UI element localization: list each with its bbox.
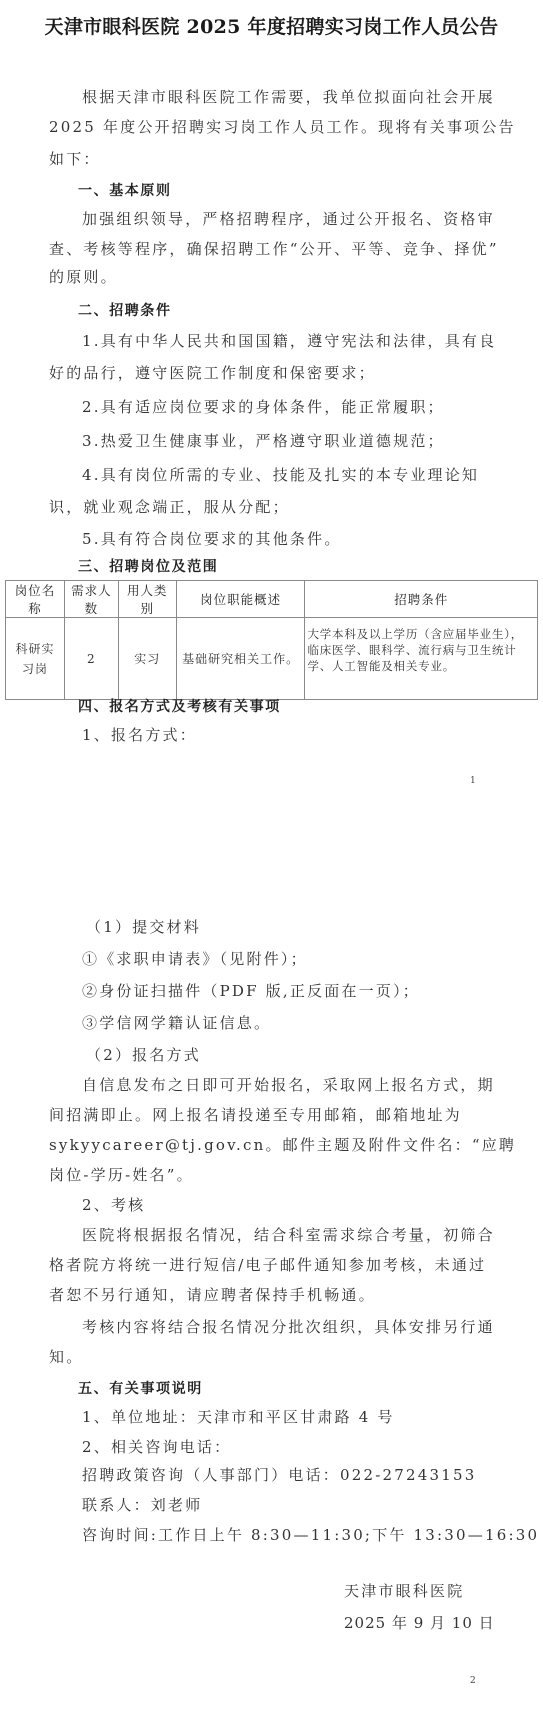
section-1-heading: 一、基本原则: [78, 180, 172, 200]
column-header-description: 岗位职能概述: [176, 581, 305, 618]
section-3-heading: 三、招聘岗位及范围: [78, 556, 218, 576]
contact-line: 联系人：刘老师: [82, 1494, 202, 1515]
assessment-line: 考核内容将结合报名情况分批次组织，具体安排另行通: [82, 1316, 495, 1337]
method-line: 间招满即止。网上报名请投递至专用邮箱，邮箱地址为: [49, 1104, 462, 1125]
address-line: 1、单位地址：天津市和平区甘肃路 4 号: [82, 1406, 395, 1427]
condition-item: 1.具有中华人民共和国国籍，遵守宪法和法律，具有良: [82, 330, 496, 351]
section-5-heading: 五、有关事项说明: [78, 1378, 203, 1398]
section-1-line: 查、考核等程序，确保招聘工作“公开、平等、竞争、择优”: [49, 238, 499, 259]
condition-item: 好的品行，遵守医院工作制度和保密要求；: [49, 362, 376, 383]
condition-item: 5.具有符合岗位要求的其他条件。: [82, 528, 342, 549]
page-number-2: 2: [470, 1676, 476, 1686]
method-line-email: sykyycareer@tj.gov.cn。邮件主题及附件文件名：“应聘: [49, 1134, 516, 1155]
cell-requirements: 大学本科及以上学历（含应届毕业生），临床医学、眼科学、流行病与卫生统计学、人工智…: [305, 618, 538, 700]
assessment-line: 者恕不另行通知，请应聘者保持手机畅通。: [49, 1284, 376, 1305]
assessment-heading: 2、考核: [82, 1194, 145, 1215]
column-header-position: 岗位名称: [6, 581, 65, 618]
assessment-line: 知。: [49, 1346, 83, 1367]
section-4-heading: 四、报名方式及考核有关事项: [78, 696, 281, 716]
page-number-1: 1: [470, 776, 476, 786]
material-item: ①《求职申请表》（见附件）；: [82, 948, 308, 969]
section-1-line: 加强组织领导，严格招聘程序，通过公开报名、资格审: [82, 208, 495, 229]
table-row: 科研实习岗 2 实习 基础研究相关工作。 大学本科及以上学历（含应届毕业生），临…: [6, 618, 538, 700]
assessment-line: 医院将根据报名情况，结合科室需求综合考量，初筛合: [82, 1224, 495, 1245]
condition-item: 4.具有岗位所需的专业、技能及扎实的本专业理论知: [82, 464, 479, 485]
document-title: 天津市眼科医院 2025 年度招聘实习岗工作人员公告: [0, 12, 543, 39]
phone-heading: 2、相关咨询电话：: [82, 1436, 231, 1457]
signature-org: 天津市眼科医院: [344, 1580, 464, 1601]
condition-item: 2.具有适应岗位要求的身体条件，能正常履职；: [82, 396, 445, 417]
section-1-line: 的原则。: [49, 266, 118, 287]
condition-item: 3.热爱卫生健康事业，严格遵守职业道德规范；: [82, 430, 445, 451]
method-line: 岗位-学历-姓名”。: [49, 1164, 194, 1185]
cell-position: 科研实习岗: [6, 618, 65, 700]
column-header-count: 需求人数: [64, 581, 118, 618]
registration-heading: 1、报名方式：: [82, 724, 197, 745]
assessment-line: 格者院方将统一进行短信/电子邮件通知参加考核，未通过: [49, 1254, 486, 1275]
material-item: ②身份证扫描件（PDF 版,正反面在一页）；: [82, 980, 420, 1001]
intro-line-3: 如下：: [49, 148, 101, 169]
intro-line-2: 2025 年度公开招聘实习岗工作人员工作。现将有关事项公告: [49, 116, 516, 137]
hours-line: 咨询时间:工作日上午 8:30—11:30;下午 13:30—16:30: [82, 1524, 539, 1545]
cell-count: 2: [64, 618, 118, 700]
table-header-row: 岗位名称 需求人数 用人类别 岗位职能概述 招聘条件: [6, 581, 538, 618]
cell-category: 实习: [118, 618, 176, 700]
section-2-heading: 二、招聘条件: [78, 300, 172, 320]
phone-line: 招聘政策咨询（人事部门）电话：022-27243153: [82, 1464, 476, 1485]
cell-description: 基础研究相关工作。: [176, 618, 305, 700]
method-heading: （2）报名方式: [86, 1044, 201, 1065]
column-header-category: 用人类别: [118, 581, 176, 618]
material-item: ③学信网学籍认证信息。: [82, 1012, 271, 1033]
intro-line-1: 根据天津市眼科医院工作需要，我单位拟面向社会开展: [82, 86, 495, 107]
signature-date: 2025 年 9 月 10 日: [344, 1612, 495, 1633]
column-header-requirements: 招聘条件: [305, 581, 538, 618]
recruitment-table: 岗位名称 需求人数 用人类别 岗位职能概述 招聘条件 科研实习岗 2 实习 基础…: [5, 580, 538, 700]
materials-heading: （1）提交材料: [86, 916, 201, 937]
condition-item: 识，就业观念端正，服从分配；: [49, 496, 290, 517]
method-line: 自信息发布之日即可开始报名，采取网上报名方式，期: [82, 1074, 495, 1095]
